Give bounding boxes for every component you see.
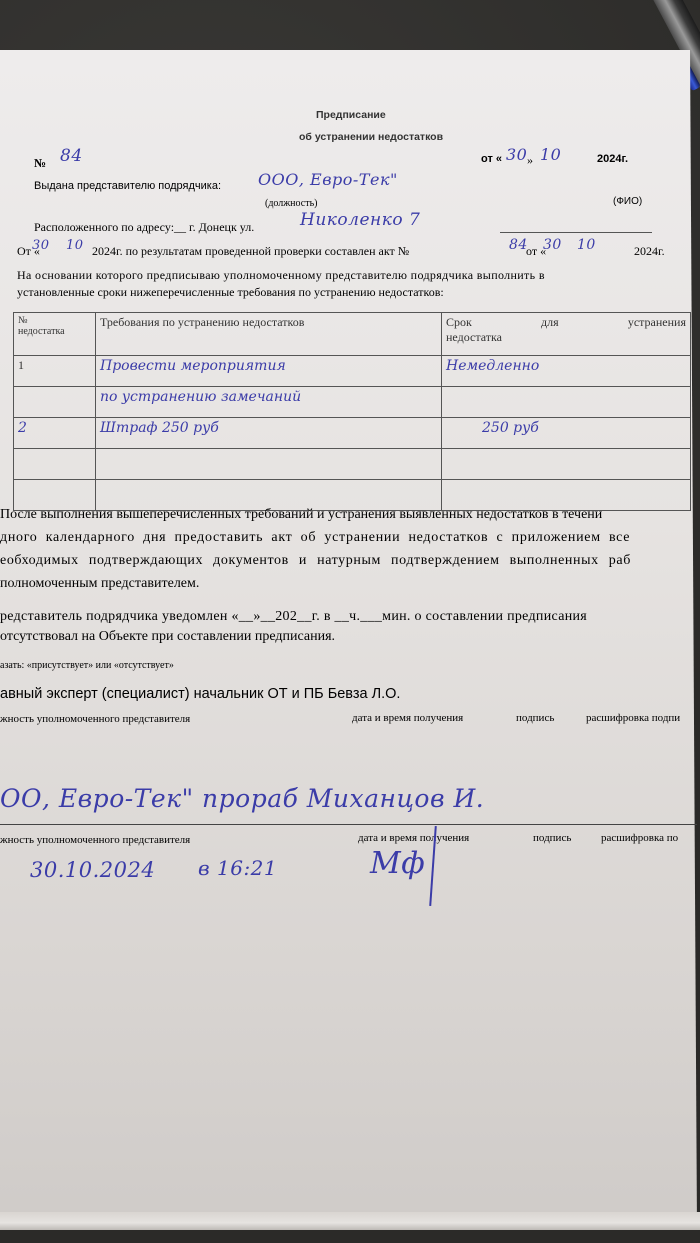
header-deadline-word2: для (541, 315, 559, 330)
paragraph-line-1: После выполнения вышеперечисленных требо… (0, 507, 602, 523)
act-month-2: 10 (577, 237, 596, 253)
basis-line-1: На основании которого предписываю уполно… (17, 268, 545, 283)
table-header-row: № недостатка Требования по устранению не… (14, 313, 691, 356)
date-from-label: от « (481, 153, 502, 165)
row-deadline: 250 руб (442, 418, 691, 449)
address-value: Николенко 7 (300, 210, 420, 230)
sig2-sign-caption: подпись (533, 832, 571, 844)
row-requirement (96, 480, 442, 511)
address-underline (500, 232, 652, 233)
header-deadline: Срок для устранения недостатка (442, 313, 691, 356)
sig1-position-caption: жность уполномоченного представителя (0, 713, 190, 725)
signature-underline (0, 824, 697, 825)
issued-value: ООО, Евро-Тек" (258, 170, 398, 189)
row-number (14, 480, 96, 511)
defects-table: № недостатка Требования по устранению не… (13, 312, 691, 511)
number-value: 84 (60, 146, 83, 166)
header-number-line1: № (18, 315, 91, 326)
paragraph-line-3: еобходимых подтверждающих документов и н… (0, 553, 631, 569)
row-requirement: Провести мероприятия (96, 356, 442, 387)
basis-line-2: установленные сроки нижеперечисленные тр… (17, 285, 444, 300)
header-deadline-line2: недостатка (446, 330, 686, 345)
row-number: 1 (14, 356, 96, 387)
row-deadline: Немедленно (442, 356, 691, 387)
sig2-position-caption: жность уполномоченного представителя (0, 834, 190, 846)
date-month: 10 (540, 145, 561, 164)
paragraph-line-2: дного календарного дня предоставить акт … (0, 530, 630, 546)
row-requirement: Штраф 250 руб (96, 418, 442, 449)
notice-line-2: отсутствовал на Объекте при составлении … (0, 629, 335, 645)
act-year: 2024г. (634, 244, 665, 259)
sig2-decode-caption: расшифровка по (601, 832, 678, 844)
table-row: 2 Штраф 250 руб 250 руб (14, 418, 691, 449)
date-year: 2024г. (597, 153, 628, 165)
position-caption: (должность) (265, 198, 318, 209)
sig1-decode-caption: расшифровка подпи (586, 712, 680, 724)
table-row (14, 449, 691, 480)
signature-mark: Мф (370, 846, 425, 881)
table-row (14, 480, 691, 511)
sig1-sign-caption: подпись (516, 712, 554, 724)
issued-label: Выдана представителю подрядчика: (34, 180, 221, 192)
fio-caption: (ФИО) (613, 196, 642, 207)
sig2-datetime-caption: дата и время получения (358, 832, 469, 844)
received-time: в 16:21 (198, 856, 277, 880)
act-day-2: 30 (543, 237, 562, 253)
header-number: № недостатка (14, 313, 96, 356)
number-label: № (34, 156, 46, 171)
hint-text: азать: «присутствует» или «отсутствует» (0, 660, 174, 671)
header-deadline-word1: Срок (446, 315, 472, 330)
table-row: по устранению замечаний (14, 387, 691, 418)
act-month: 10 (66, 238, 84, 253)
row-requirement (96, 449, 442, 480)
address-label: Расположенного по адресу:__ г. Донецк ул… (34, 220, 254, 235)
notice-line-1: редставитель подрядчика уведомлен «__»__… (0, 609, 587, 625)
expert-line: авный эксперт (специалист) начальник ОТ … (0, 686, 400, 702)
act-text: 2024г. по результатам проведенной провер… (92, 244, 409, 259)
row-deadline (442, 449, 691, 480)
act-number: 84 (509, 237, 528, 253)
row-deadline (442, 480, 691, 511)
row-number (14, 449, 96, 480)
row-deadline (442, 387, 691, 418)
document-title: Предписание (316, 109, 386, 121)
header-requirements: Требования по устранению недостатков (96, 313, 442, 356)
header-deadline-word3: устранения (628, 315, 686, 330)
row-number (14, 387, 96, 418)
row-requirement: по устранению замечаний (96, 387, 442, 418)
table-row: 1 Провести мероприятия Немедленно (14, 356, 691, 387)
header-number-line2: недостатка (18, 326, 91, 337)
paper-bottom-edge (0, 1212, 700, 1230)
received-date: 30.10.2024 (30, 858, 155, 882)
paragraph-line-4: полномоченным представителем. (0, 576, 199, 592)
representative-handwritten: ОО, Евро-Тек" прораб Миханцов И. (0, 784, 484, 813)
date-separator: » (527, 153, 533, 168)
row-number: 2 (14, 418, 96, 449)
document-subtitle: об устранении недостатков (299, 131, 443, 143)
sig1-datetime-caption: дата и время получения (352, 712, 463, 724)
act-day: 30 (32, 238, 50, 253)
date-day: 30 (506, 145, 527, 164)
